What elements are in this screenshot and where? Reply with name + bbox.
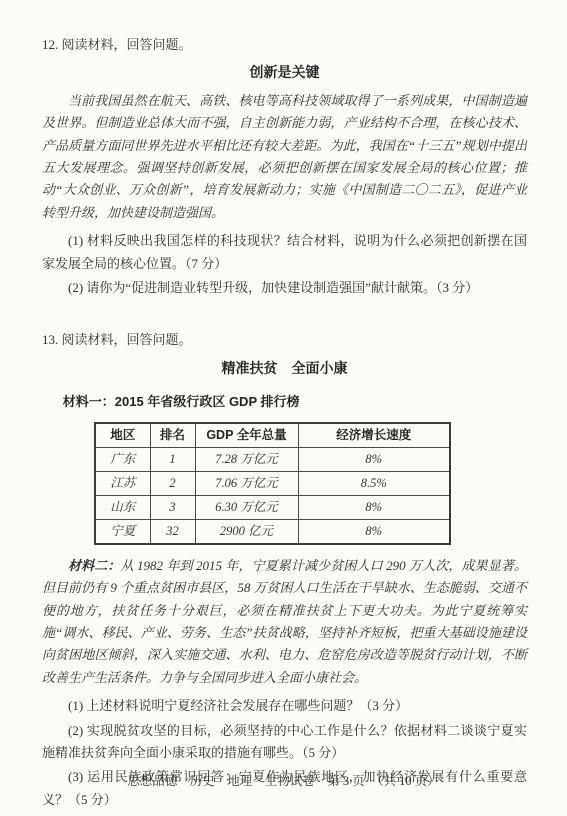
cell-gdp: 7.06 万亿元 (195, 471, 298, 495)
question-12-sub-1: (1) 材料反映出我国怎样的科技现状？结合材料，说明为什么必须把创新摆在国家发展… (42, 230, 527, 275)
question-13-sub-1: (1) 上述材料说明宁夏经济社会发展存在哪些问题？（3 分） (42, 695, 527, 717)
question-13-title: 精准扶贫 全面小康 (42, 357, 527, 379)
cell-gdp: 6.30 万亿元 (195, 495, 298, 519)
cell-region: 广东 (95, 447, 150, 471)
header-growth-rate: 经济增长速度 (298, 423, 450, 448)
cell-region: 宁夏 (95, 519, 150, 544)
table-row: 山东 3 6.30 万亿元 8% (95, 495, 450, 519)
cell-growth: 8% (298, 447, 450, 471)
cell-gdp: 7.28 万亿元 (195, 447, 298, 471)
cell-region: 江苏 (95, 471, 150, 495)
header-rank: 排名 (150, 423, 195, 448)
header-gdp-total: GDP 全年总量 (195, 423, 298, 448)
question-12-sub-2: (2) 请你为“促进制造业转型升级，加快建设制造强国”献计献策。（3 分） (42, 277, 527, 299)
material-2-label: 材料二： (68, 558, 120, 573)
cell-rank: 2 (150, 471, 195, 495)
header-region: 地区 (95, 423, 150, 448)
cell-rank: 3 (150, 495, 195, 519)
cell-rank: 32 (150, 519, 195, 544)
question-13-section: 13. 阅读材料，回答问题。 精准扶贫 全面小康 材料一：2015 年省级行政区… (42, 329, 527, 811)
cell-growth: 8% (298, 495, 450, 519)
cell-region: 山东 (95, 495, 150, 519)
material-2-text: 从 1982 年到 2015 年，宁夏累计减少贫困人口 290 万人次，成果显著… (42, 558, 527, 685)
question-12-prompt: 12. 阅读材料，回答问题。 (42, 34, 527, 56)
exam-page: 12. 阅读材料，回答问题。 创新是关键 当前我国虽然在航天、高铁、核电等高科技… (0, 0, 567, 816)
material-2-paragraph: 材料二：从 1982 年到 2015 年，宁夏累计减少贫困人口 290 万人次，… (42, 555, 527, 689)
cell-growth: 8.5% (298, 471, 450, 495)
question-12-title: 创新是关键 (42, 61, 527, 83)
question-13-prompt: 13. 阅读材料，回答问题。 (42, 329, 527, 351)
cell-rank: 1 (150, 447, 195, 471)
question-13-sub-2: (2) 实现脱贫攻坚的目标，必须坚持的中心工作是什么？依据材料二谈谈宁夏实施精准… (42, 720, 527, 765)
table-row: 江苏 2 7.06 万亿元 8.5% (95, 471, 450, 495)
material-1-label: 材料一：2015 年省级行政区 GDP 排行榜 (42, 391, 527, 413)
table-row: 广东 1 7.28 万亿元 8% (95, 447, 450, 471)
question-12-section: 12. 阅读材料，回答问题。 创新是关键 当前我国虽然在航天、高铁、核电等高科技… (42, 34, 527, 299)
gdp-ranking-table: 地区 排名 GDP 全年总量 经济增长速度 广东 1 7.28 万亿元 8% 江… (94, 422, 451, 545)
cell-growth: 8% (298, 519, 450, 544)
table-header-row: 地区 排名 GDP 全年总量 经济增长速度 (95, 423, 450, 448)
page-footer: 思想品德 历史 地理 生物试卷 第 3 页 （共 10 页） (0, 770, 567, 792)
table-row: 宁夏 32 2900 亿元 8% (95, 519, 450, 544)
question-12-material: 当前我国虽然在航天、高铁、核电等高科技领域取得了一系列成果，中国制造遍及世界。但… (42, 90, 527, 224)
cell-gdp: 2900 亿元 (195, 519, 298, 544)
